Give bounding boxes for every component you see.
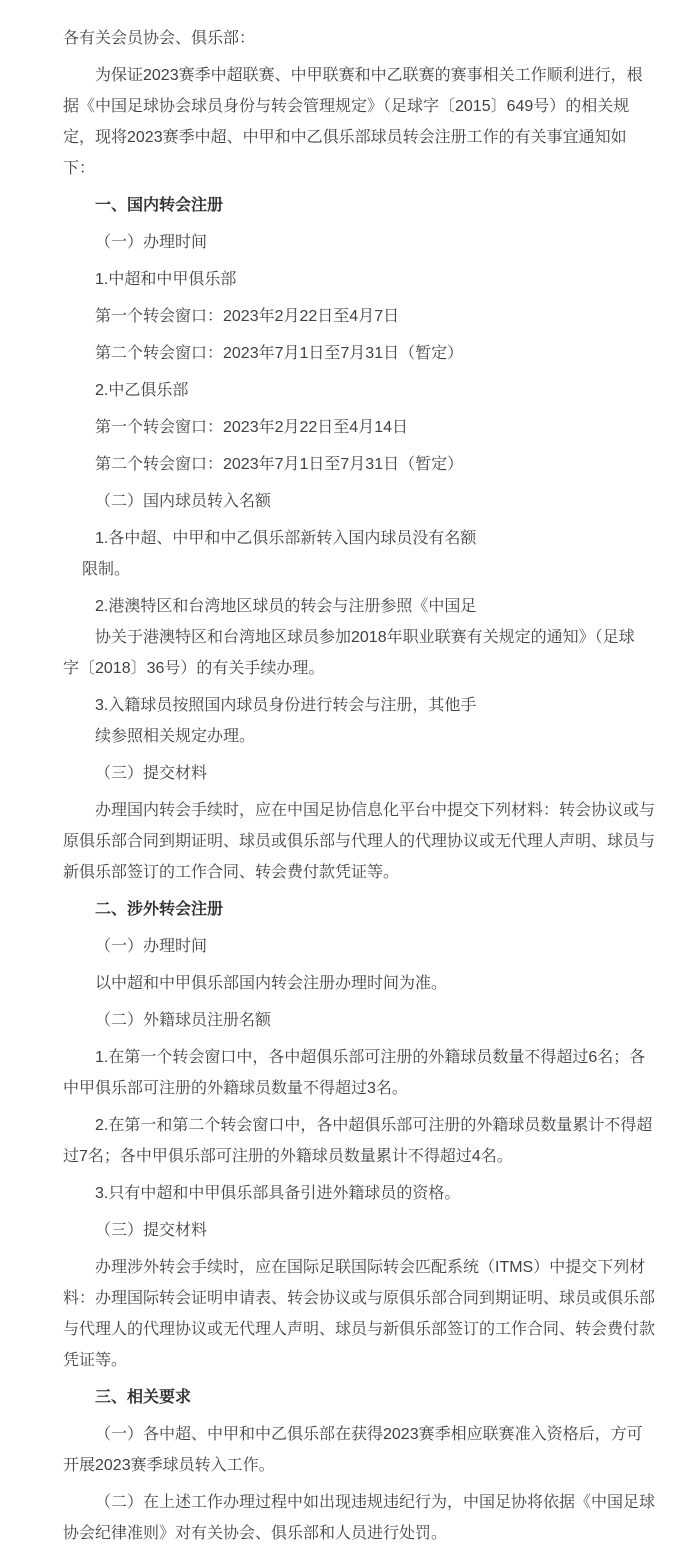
doc-line: 2.中乙俱乐部 <box>63 375 645 406</box>
section-1-heading: 一、国内转会注册 <box>63 190 645 221</box>
doc-line: 办理涉外转会手续时，应在国际足联国际转会匹配系统（ITMS）中提交下列材 <box>63 1252 645 1283</box>
doc-line: 2.在第一和第二个转会窗口中，各中超俱乐部可注册的外籍球员数量累计不得超 <box>63 1110 645 1141</box>
doc-line: 开展2023赛季球员转入工作。 <box>63 1450 645 1481</box>
doc-line: 限制。 <box>63 554 645 585</box>
doc-line: 凭证等。 <box>63 1345 645 1376</box>
doc-line: 1.中超和中甲俱乐部 <box>63 264 645 295</box>
subsection-heading: （一）办理时间 <box>63 227 645 258</box>
subsection-heading: （一）办理时间 <box>63 931 645 962</box>
doc-line: 过7名；各中甲俱乐部可注册的外籍球员数量累计不得超过4名。 <box>63 1141 645 1172</box>
section-3-heading: 三、相关要求 <box>63 1382 645 1413</box>
doc-line: 协会纪律准则》对有关协会、俱乐部和人员进行处罚。 <box>63 1518 645 1549</box>
doc-line: 协关于港澳特区和台湾地区球员参加2018年职业联赛有关规定的通知》（足球 <box>63 622 645 653</box>
notice-document: 各有关会员协会、俱乐部： 为保证2023赛季中超联赛、中甲联赛和中乙联赛的赛事相… <box>0 0 681 1561</box>
doc-line: 原俱乐部合同到期证明、球员或俱乐部与代理人的代理协议或无代理人声明、球员与 <box>63 826 645 857</box>
intro-line: 定，现将2023赛季中超、中甲和中乙俱乐部球员转会注册工作的有关事宜通知如 <box>63 122 645 153</box>
intro-line: 据《中国足球协会球员身份与转会管理规定》（足球字〔2015〕649号）的相关规 <box>63 91 645 122</box>
doc-line: 1.在第一个转会窗口中，各中超俱乐部可注册的外籍球员数量不得超过6名；各 <box>63 1042 645 1073</box>
doc-line: 与代理人的代理协议或无代理人声明、球员与新俱乐部签订的工作合同、转会费付款 <box>63 1314 645 1345</box>
intro-line: 为保证2023赛季中超联赛、中甲联赛和中乙联赛的赛事相关工作顺利进行，根 <box>63 60 645 91</box>
doc-line: 3.只有中超和中甲俱乐部具备引进外籍球员的资格。 <box>63 1178 645 1209</box>
subsection-heading: （二）外籍球员注册名额 <box>63 1005 645 1036</box>
intro-line: 下： <box>63 153 645 184</box>
doc-line: 料：办理国际转会证明申请表、转会协议或与原俱乐部合同到期证明、球员或俱乐部 <box>63 1283 645 1314</box>
transfer-window-line: 第二个转会窗口：2023年7月1日至7月31日（暂定） <box>63 449 645 480</box>
subsection-heading: （二）国内球员转入名额 <box>63 486 645 517</box>
transfer-window-line: 第一个转会窗口：2023年2月22日至4月7日 <box>63 301 645 332</box>
section-2-heading: 二、涉外转会注册 <box>63 894 645 925</box>
doc-line: （一）各中超、中甲和中乙俱乐部在获得2023赛季相应联赛准入资格后，方可 <box>63 1419 645 1450</box>
doc-line: 中甲俱乐部可注册的外籍球员数量不得超过3名。 <box>63 1073 645 1104</box>
subsection-heading: （三）提交材料 <box>63 1215 645 1246</box>
doc-line: 2.港澳特区和台湾地区球员的转会与注册参照《中国足 <box>63 591 645 622</box>
salutation-line: 各有关会员协会、俱乐部： <box>63 23 645 54</box>
doc-line: 字〔2018〕36号）的有关手续办理。 <box>63 653 645 684</box>
doc-line: 新俱乐部签订的工作合同、转会费付款凭证等。 <box>63 857 645 888</box>
subsection-heading: （三）提交材料 <box>63 758 645 789</box>
transfer-window-line: 第二个转会窗口：2023年7月1日至7月31日（暂定） <box>63 338 645 369</box>
doc-line: 3.入籍球员按照国内球员身份进行转会与注册，其他手 <box>63 690 645 721</box>
doc-line: （二）在上述工作办理过程中如出现违规违纪行为，中国足协将依据《中国足球 <box>63 1487 645 1518</box>
transfer-window-line: 第一个转会窗口：2023年2月22日至4月14日 <box>63 412 645 443</box>
doc-line: 续参照相关规定办理。 <box>63 721 645 752</box>
doc-line: 以中超和中甲俱乐部国内转会注册办理时间为准。 <box>63 968 645 999</box>
doc-line: 办理国内转会手续时，应在中国足协信息化平台中提交下列材料：转会协议或与 <box>63 795 645 826</box>
doc-line: 1.各中超、中甲和中乙俱乐部新转入国内球员没有名额 <box>63 523 645 554</box>
